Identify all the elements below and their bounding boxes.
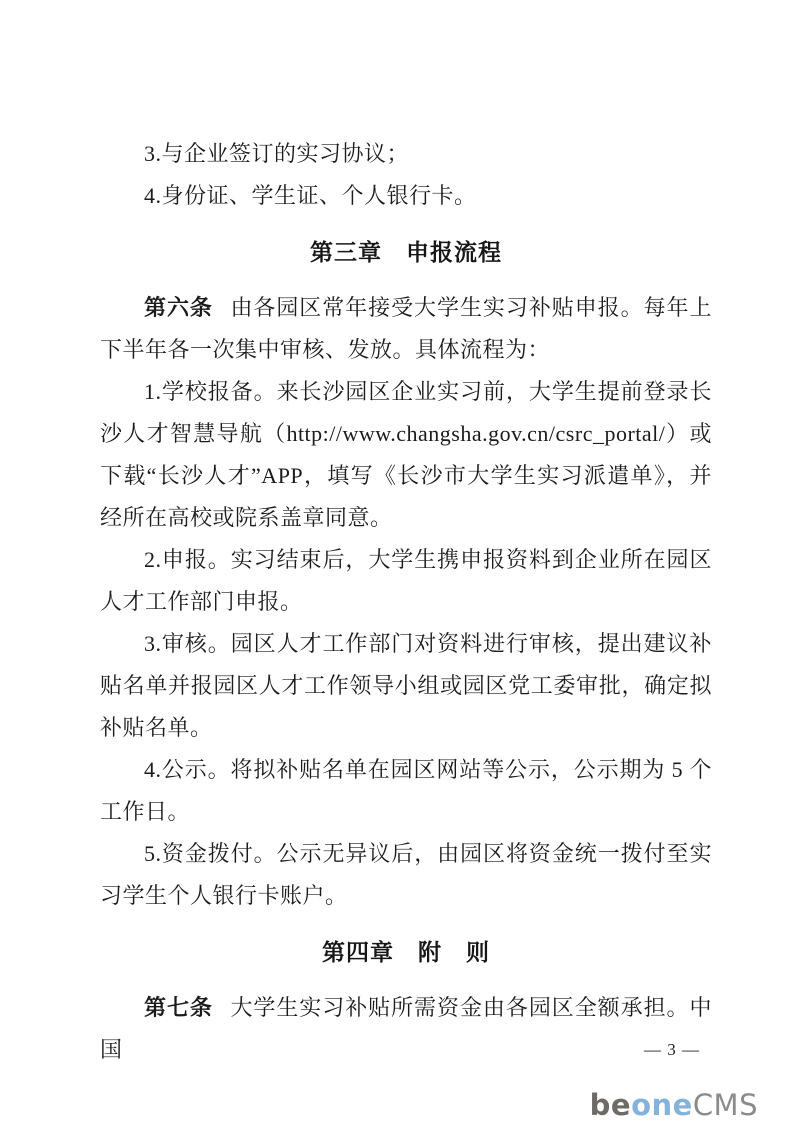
article-6-label: 第六条 <box>144 295 213 320</box>
step-4-paragraph: 4.公示。将拟补贴名单在园区网站等公示，公示期为 5 个工作日。 <box>100 749 712 833</box>
beonecms-watermark-logo: beoneCMS <box>590 1088 758 1122</box>
list-item-4: 4.身份证、学生证、个人银行卡。 <box>100 175 712 217</box>
article-7-paragraph: 第七条大学生实习补贴所需资金由各园区全额承担。中国 <box>100 987 712 1071</box>
article-6-paragraph: 第六条由各园区常年接受大学生实习补贴申报。每年上下半年各一次集中审核、发放。具体… <box>100 287 712 371</box>
chapter-3-heading: 第三章 申报流程 <box>100 231 712 273</box>
document-body: 3.与企业签订的实习协议； 4.身份证、学生证、个人银行卡。 第三章 申报流程 … <box>100 133 712 1071</box>
page-number: — 3 — <box>644 1040 700 1060</box>
article-7-label: 第七条 <box>144 995 213 1020</box>
step-1-paragraph: 1.学校报备。来长沙园区企业实习前，大学生提前登录长沙人才智慧导航（http:/… <box>100 371 712 539</box>
list-item-3: 3.与企业签订的实习协议； <box>100 133 712 175</box>
step-2-paragraph: 2.申报。实习结束后，大学生携申报资料到企业所在园区人才工作部门申报。 <box>100 539 712 623</box>
step-3-paragraph: 3.审核。园区人才工作部门对资料进行审核，提出建议补贴名单并报园区人才工作领导小… <box>100 623 712 749</box>
logo-text-cms: CMS <box>693 1088 758 1122</box>
chapter-4-heading: 第四章 附 则 <box>100 931 712 973</box>
logo-text-be: be <box>590 1088 631 1122</box>
logo-text-one: one <box>631 1088 693 1122</box>
step-5-paragraph: 5.资金拨付。公示无异议后，由园区将资金统一拨付至实习学生个人银行卡账户。 <box>100 833 712 917</box>
document-page: 3.与企业签订的实习协议； 4.身份证、学生证、个人银行卡。 第三章 申报流程 … <box>0 0 800 1140</box>
